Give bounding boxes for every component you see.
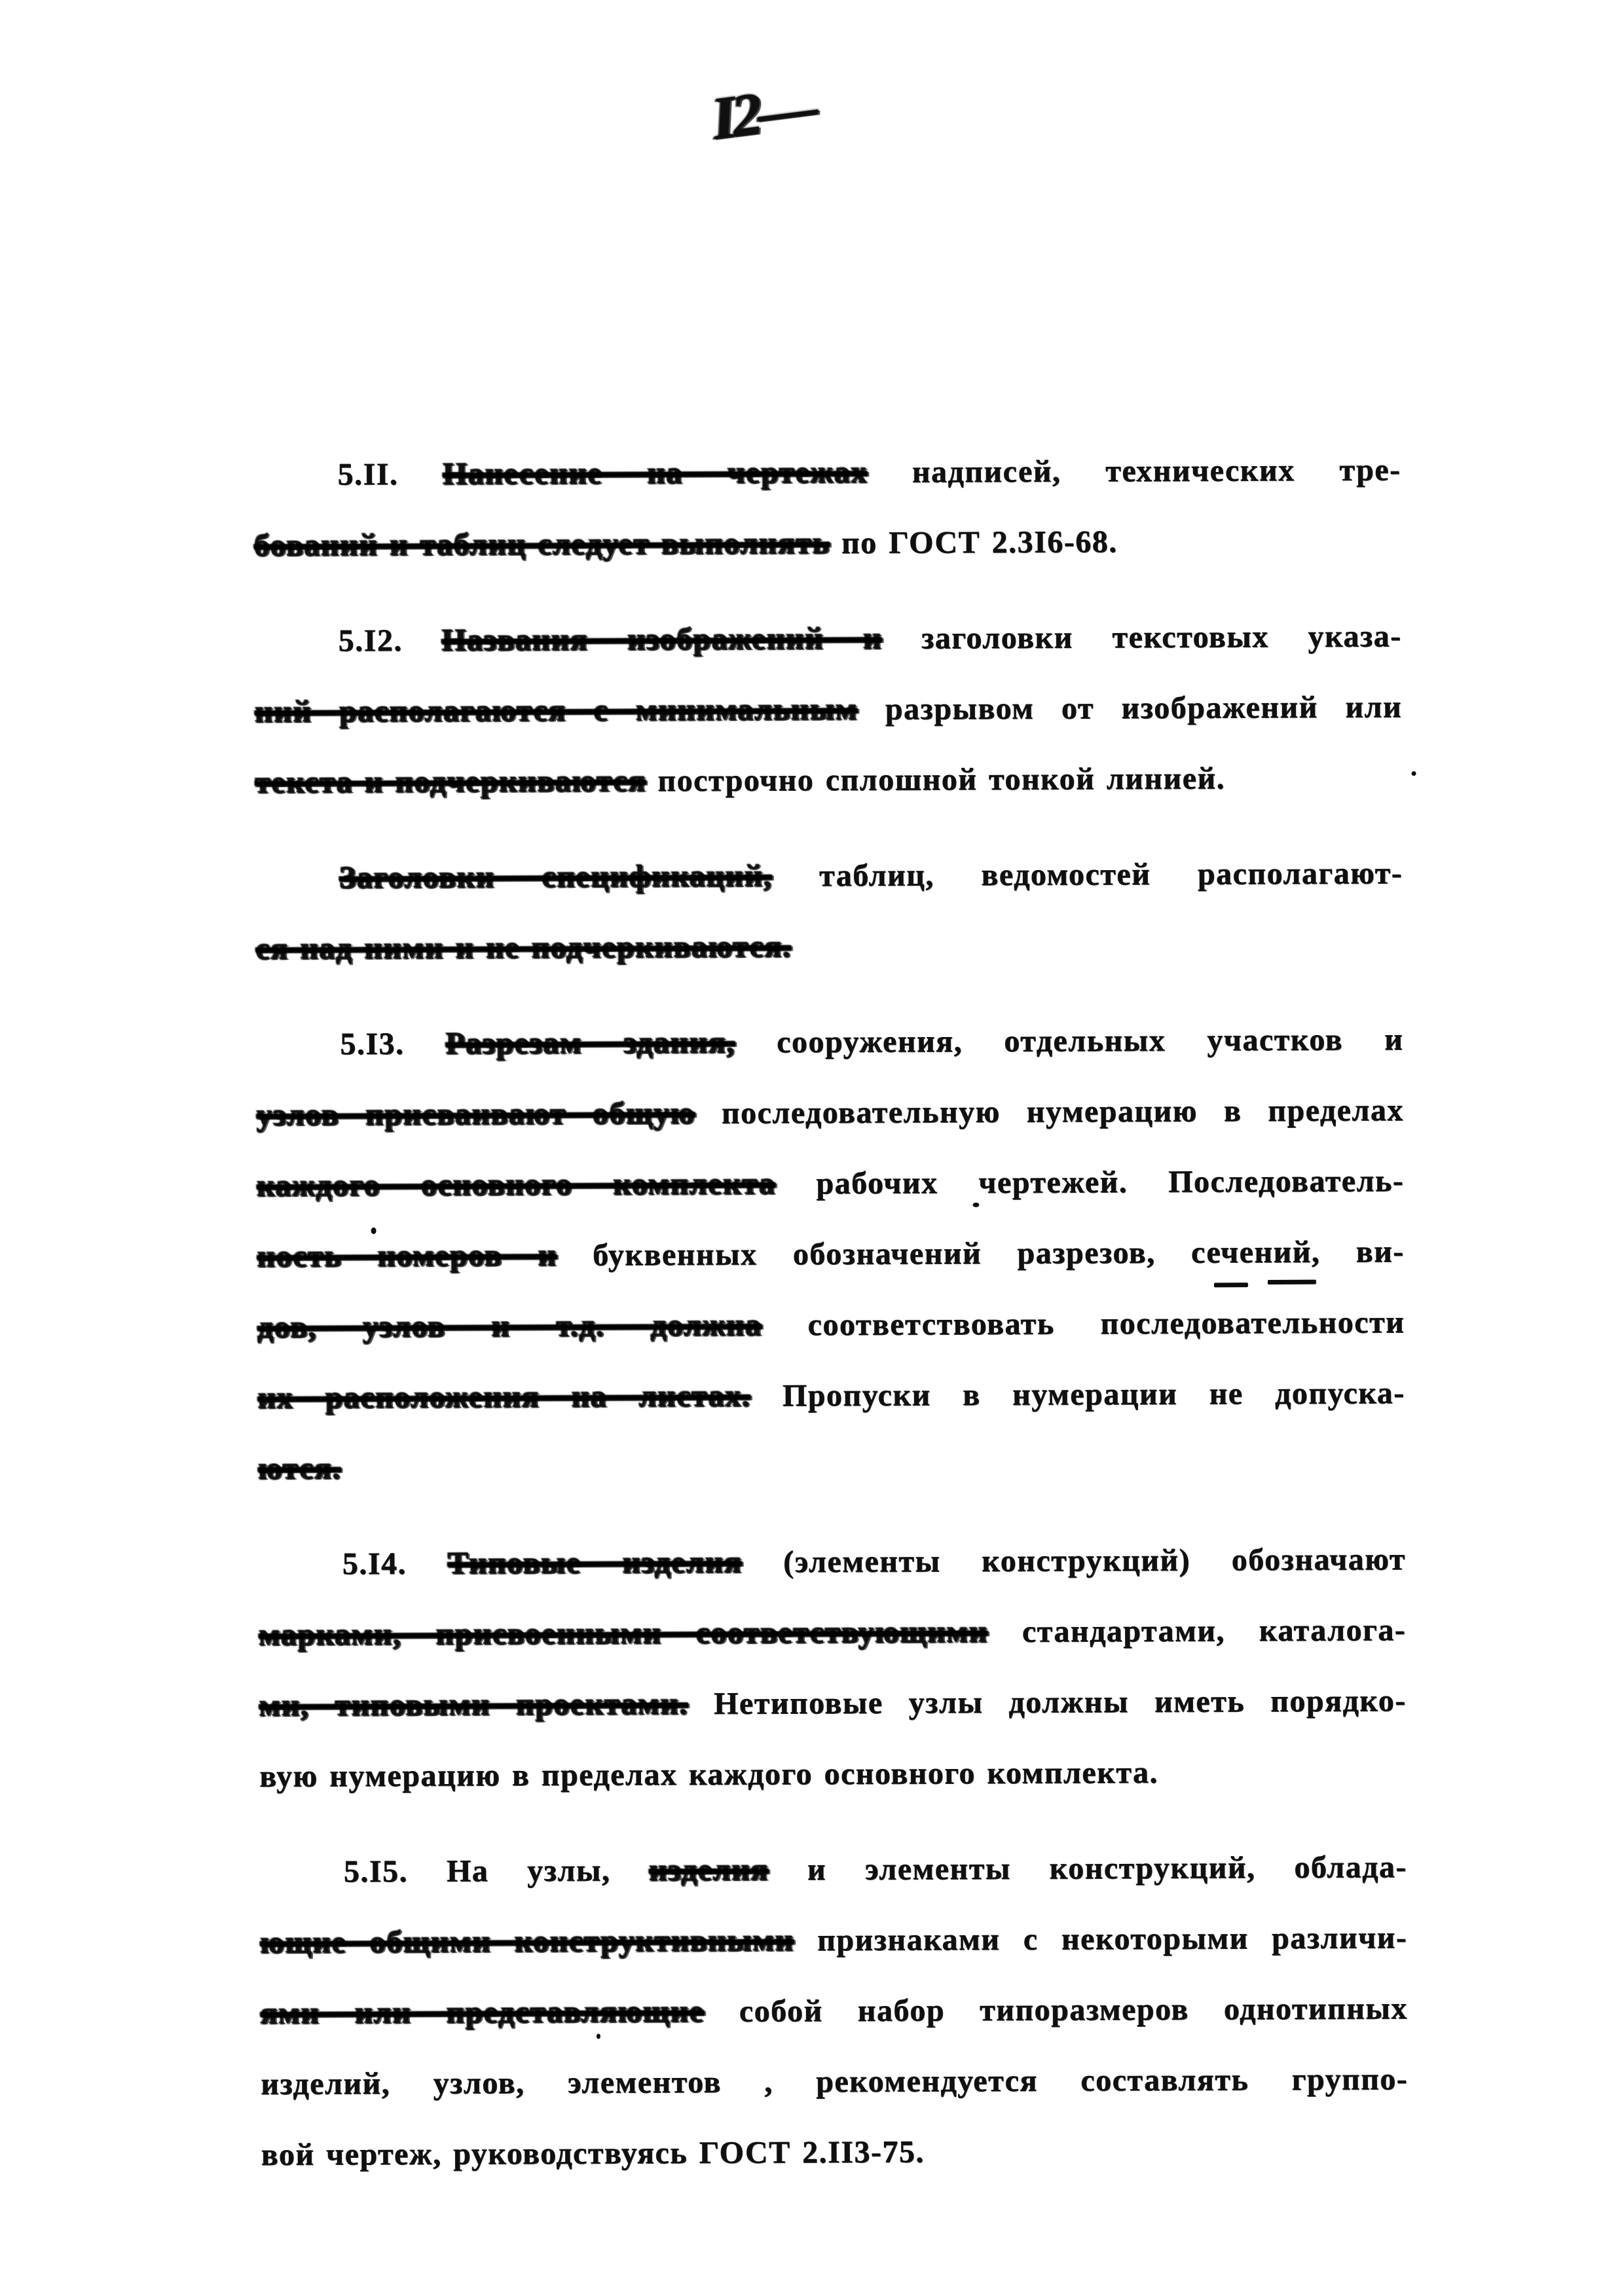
text-segment: построчно сплошной тонкой линией. (646, 761, 1225, 798)
smudged-text-segment: Нанесение на чертежах (443, 455, 868, 492)
smudged-text-segment: каждого основного комплекта (257, 1166, 776, 1203)
text-segment: сооружения, отдельных участков и (735, 1022, 1404, 1059)
text-segment: таблиц, ведомостей располагают- (772, 856, 1403, 893)
text-line: 5.I3. Разрезам здания, сооружения, отдел… (256, 1004, 1403, 1080)
smudged-text-segment: ность номеров и (257, 1238, 557, 1274)
smudged-text-segment: текста и подчеркиваются (255, 763, 646, 800)
paragraph: Заголовки спецификаций, таблиц, ведомост… (255, 838, 1403, 985)
text-line: каждого основного комплекта рабочих черт… (257, 1146, 1404, 1222)
paragraph: 5.II. Нанесение на чертежах надписей, те… (253, 435, 1401, 581)
text-segment: 5.II. (337, 456, 443, 492)
text-line: 5.I5. На узлы, изделия и элементы констр… (260, 1832, 1407, 1908)
smudged-text-segment: дов, узлов и т.д. должна (257, 1307, 762, 1344)
text-line: 5.II. Нанесение на чертежах надписей, те… (253, 435, 1401, 511)
text-segment: вую нумерацию в пределах каждого основно… (259, 1755, 1158, 1794)
text-segment: разрывом от изображений или (858, 689, 1402, 727)
scan-smear-dash (1214, 1283, 1248, 1287)
text-segment: рабочих чертежей. Последователь- (775, 1163, 1404, 1201)
text-segment: последовательную нумерацию в пределах (695, 1093, 1404, 1131)
paragraph: 5.I2. Названия изображений и заголовки т… (254, 601, 1402, 818)
text-segment: изделий, узлов, элементов , рекомендуетс… (261, 2062, 1408, 2102)
text-line: бований и таблиц следует выполнять по ГО… (254, 505, 1401, 581)
smudged-text-segment: изделия (649, 1852, 769, 1887)
text-segment: Пропуски в нумерации не допуска- (750, 1376, 1405, 1413)
page-number-stamp: I2— (711, 71, 816, 154)
text-line: ность номеров и буквенных обозначений ра… (257, 1216, 1404, 1292)
text-segment: собой набор типоразмеров однотипных (705, 1991, 1408, 2029)
scan-speck (1411, 771, 1416, 776)
text-segment: буквенных обозначений разрезов, сечений,… (557, 1234, 1405, 1273)
text-line: марками, присвоенными соответствующими с… (259, 1595, 1406, 1671)
text-line: Заголовки спецификаций, таблиц, ведомост… (255, 838, 1403, 914)
text-segment: 5.I3. (340, 1026, 446, 1061)
text-segment: вой чертеж, руководствуясь ГОСТ 2.II3-75… (261, 2134, 925, 2172)
text-line: ются. (258, 1429, 1405, 1504)
text-segment: соответствовать последовательности (762, 1305, 1405, 1342)
text-segment: стандартами, каталога- (988, 1613, 1407, 1649)
smudged-text-segment: Типовые изделия (448, 1544, 743, 1580)
document-body: 5.II. Нанесение на чертежах надписей, те… (253, 435, 1409, 2215)
text-line: узлов присваивают общую последовательную… (257, 1075, 1404, 1151)
smudged-text-segment: Заголовки спецификаций, (339, 858, 772, 895)
text-line: дов, узлов и т.д. должна соответствовать… (257, 1287, 1405, 1363)
text-segment: 5.I4. (342, 1546, 448, 1581)
text-segment: и элементы конструкций, облада- (769, 1850, 1407, 1887)
page-content: I2— 5.II. Нанесение на чертежах надписей… (0, 0, 1624, 2296)
text-line: вой чертеж, руководствуясь ГОСТ 2.II3-75… (261, 2115, 1408, 2191)
smudged-text-segment: узлов присваивают общую (257, 1096, 695, 1133)
scan-speck (597, 2033, 600, 2039)
text-line: их расположения на листах. Пропуски в ну… (257, 1358, 1405, 1434)
text-line: ми, типовыми проектами. Нетиповые узлы д… (259, 1666, 1406, 1741)
text-line: 5.I4. Типовые изделия (элементы конструк… (259, 1524, 1406, 1600)
smudged-text-segment: ний располагаются с минимальным (255, 692, 858, 729)
smudged-text-segment: ся над ними и не подчеркиваются. (256, 929, 792, 966)
text-line: текста и подчеркиваются построчно сплошн… (255, 742, 1402, 818)
text-segment: признаками с некоторыми различи- (794, 1920, 1408, 1958)
text-segment: 5.I2. (338, 623, 441, 658)
text-line: ями или представляющие собой набор типор… (261, 1973, 1408, 2049)
text-line: 5.I2. Названия изображений и заголовки т… (254, 601, 1401, 677)
paragraph: 5.I5. На узлы, изделия и элементы констр… (260, 1832, 1409, 2191)
smudged-text-segment: ющие общими конструктивными (260, 1923, 794, 1960)
text-line: вую нумерацию в пределах каждого основно… (259, 1736, 1407, 1812)
text-segment: 5.I5. На узлы, (344, 1853, 650, 1889)
smudged-text-segment: ями или представляющие (261, 1994, 705, 2031)
smudged-text-segment: марками, присвоенными соответствующими (259, 1614, 988, 1652)
smudged-text-segment: ются. (258, 1451, 341, 1486)
text-segment: (элементы конструкций) обозначают (742, 1542, 1406, 1579)
smudged-text-segment: ми, типовыми проектами. (259, 1686, 688, 1723)
smudged-text-segment: их расположения на листах. (258, 1378, 751, 1415)
text-segment: заголовки текстовых указа- (882, 619, 1402, 655)
smudged-text-segment: бований и таблиц следует выполнять (254, 526, 830, 563)
scanned-document-page: I2— 5.II. Нанесение на чертежах надписей… (0, 0, 1624, 2296)
text-segment: Нетиповые узлы должны иметь порядко- (688, 1683, 1407, 1721)
scan-speck (972, 1203, 979, 1207)
text-line: изделий, узлов, элементов , рекомендуетс… (261, 2044, 1408, 2120)
smudged-text-segment: Названия изображений и (441, 621, 882, 658)
paragraph: 5.I3. Разрезам здания, сооружения, отдел… (256, 1004, 1405, 1504)
text-line: ющие общими конструктивными признаками с… (260, 1903, 1407, 1978)
text-line: ся над ними и не подчеркиваются. (255, 909, 1403, 985)
scan-smear-dash (1268, 1280, 1316, 1285)
text-segment: надписей, технических тре- (868, 452, 1401, 490)
smudged-text-segment: Разрезам здания, (446, 1025, 735, 1061)
paragraph: 5.I4. Типовые изделия (элементы конструк… (259, 1524, 1407, 1812)
text-line: ний располагаются с минимальным разрывом… (255, 672, 1402, 748)
scan-speck (371, 1228, 377, 1234)
text-segment: по ГОСТ 2.3I6-68. (830, 524, 1117, 560)
